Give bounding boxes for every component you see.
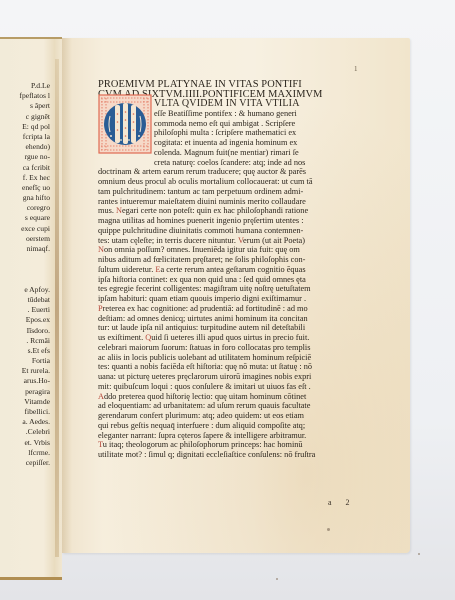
gutter-stain bbox=[55, 59, 59, 557]
left-page-line: . Rcmāi bbox=[0, 336, 50, 346]
rubricated-capital: T bbox=[98, 440, 103, 449]
right-page: 1 PROEMIVM PLATYNAE IN VITAS PONTIFI CVM… bbox=[62, 38, 410, 553]
left-page-line: cepiſſer. bbox=[0, 458, 50, 468]
text-line: Addo preterea quod hiſtorię lectio: quę … bbox=[98, 392, 393, 402]
text-line: us exiſtiment. Quid ſi ueteres illi apud… bbox=[98, 333, 393, 343]
rubricated-capital: P bbox=[98, 304, 103, 313]
left-page-line: Fortia bbox=[0, 356, 50, 366]
left-page-line bbox=[0, 264, 50, 274]
signature-mark: a 2 bbox=[328, 498, 356, 507]
left-page-line: ehendo) bbox=[0, 142, 50, 152]
left-page-line: enefīç uo bbox=[0, 183, 50, 193]
left-page: P.d.Lefpeflatos ls ãpertc gignētE: qd po… bbox=[0, 37, 62, 580]
foxing-spot bbox=[327, 528, 330, 531]
page-gutter-shadow bbox=[62, 38, 72, 553]
body-text: VLTA QVIDEM IN VITA VTILIAeſſe Beatiſſim… bbox=[98, 99, 393, 460]
text-line: cogitata: et inuenta ad ingenia hominum … bbox=[98, 138, 393, 148]
text-line: ac aliis in locis publicis uolebant ad u… bbox=[98, 353, 393, 363]
rubricated-capital: V bbox=[238, 236, 243, 245]
dust-speck bbox=[418, 553, 420, 555]
text-line: mus. Negari certe non poteſt: quin ex ha… bbox=[98, 206, 393, 216]
text-line: magna utilitas ad homines puenerit ingen… bbox=[98, 216, 393, 226]
left-page-line: e Apfoy. bbox=[0, 285, 50, 295]
left-page-line: a. Aedes. bbox=[0, 417, 50, 427]
left-page-line: peragira bbox=[0, 387, 50, 397]
text-line: omnium deus procul ab oculis mortalium c… bbox=[98, 177, 393, 187]
left-page-line: et. Vrbis bbox=[0, 438, 50, 448]
text-line: ad eloquentiam: ad urbanitatem: ad uſum … bbox=[98, 401, 393, 411]
text-line: commoda nemo eſt qui ambigat . Scripſere bbox=[98, 119, 393, 129]
text-line: utilitate mot? : ſimul q; dignitati eccl… bbox=[98, 450, 393, 460]
left-page-text: P.d.Lefpeflatos ls ãpertc gignētE: qd po… bbox=[0, 81, 50, 468]
rubricated-capital: E bbox=[155, 265, 160, 274]
left-page-line: fibellici. bbox=[0, 407, 50, 417]
left-page-line: arus.Ho- bbox=[0, 376, 50, 386]
text-line: ipſam habituri: quam etiam quouis imperi… bbox=[98, 294, 393, 304]
text-line: deſtiam: ad omnes denicq; uirtutes animi… bbox=[98, 314, 393, 324]
text-line: uana: ut picturę ueteres pręclarorum uir… bbox=[98, 372, 393, 382]
rubricated-capital: N bbox=[116, 206, 122, 215]
left-page-line: Vitamde bbox=[0, 397, 50, 407]
left-page-line: Et rurela. bbox=[0, 366, 50, 376]
left-page-line: exce cupi bbox=[0, 224, 50, 234]
text-line: VLTA QVIDEM IN VITA VTILIA bbox=[98, 99, 393, 109]
left-page-line: s ãpert bbox=[0, 101, 50, 111]
text-line: tes: utam cęleſte; in terris ducere nitu… bbox=[98, 236, 393, 246]
text-line: mit: quibuſcum loqui : quos conſulere & … bbox=[98, 382, 393, 392]
text-line: Tu itaq; theologorum ac philoſophorum pr… bbox=[98, 440, 393, 450]
text-line: rantes intueremur maieſtatem diuini numi… bbox=[98, 197, 393, 207]
left-page-line: rgue no- bbox=[0, 152, 50, 162]
left-page-line: tūdebat bbox=[0, 295, 50, 305]
left-page-line: oerstem bbox=[0, 234, 50, 244]
folio-mark: 1 bbox=[354, 65, 358, 73]
text-line: tur: ut laude ipſa nil antiquius: turpit… bbox=[98, 323, 393, 333]
text-line: qui rebus geſtis nequaq̄ interfuere : du… bbox=[98, 421, 393, 431]
text-line: quippe pulchritudine diuinitatis commoti… bbox=[98, 226, 393, 236]
left-page-line: lfcrme. bbox=[0, 448, 50, 458]
left-page-line bbox=[0, 254, 50, 264]
left-page-line: E: qd pol bbox=[0, 122, 50, 132]
left-page-line: fcripta la bbox=[0, 132, 50, 142]
left-page-line: s.Et efs bbox=[0, 346, 50, 356]
text-line: gerendarum confert plurimum: atq; adeo q… bbox=[98, 411, 393, 421]
left-page-line: . Euerti bbox=[0, 305, 50, 315]
left-page-line: s equare bbox=[0, 213, 50, 223]
rubricated-capital: Q bbox=[145, 333, 151, 342]
text-line: eſſe Beatiſſime pontifex : & humano gene… bbox=[98, 109, 393, 119]
left-page-line: f. Ex hec bbox=[0, 173, 50, 183]
left-page-line: gna hifto bbox=[0, 193, 50, 203]
text-line: celebrari maiorum ſuorum: ſtatuas in for… bbox=[98, 343, 393, 353]
left-page-line: Epos.ex bbox=[0, 315, 50, 325]
text-line: eleganter narrant: ſupra cęteros ſapere … bbox=[98, 431, 393, 441]
left-page-line: .Celebri bbox=[0, 427, 50, 437]
left-page-line: P.d.Le bbox=[0, 81, 50, 91]
text-line: tes: quanti a nobis faciēda eſt hiſtoria… bbox=[98, 362, 393, 372]
left-page-line: coregro bbox=[0, 203, 50, 213]
text-line: Preterea ex hac cognitione: ad prudentiā… bbox=[98, 304, 393, 314]
text-line: tes egregie fecerint colligentes: magiſt… bbox=[98, 284, 393, 294]
left-page-line: nimaqf. bbox=[0, 244, 50, 254]
left-page-line: Iīsdoro. bbox=[0, 326, 50, 336]
text-line: ſultum uideretur. Ea certe rerum antea g… bbox=[98, 265, 393, 275]
text-line: creta naturę: coelos ſcandere: atq; inde… bbox=[98, 158, 393, 168]
text-line: tam pulchritudinem: tantum ac tam perpet… bbox=[98, 187, 393, 197]
book-photograph: P.d.Lefpeflatos ls ãpertc gignētE: qd po… bbox=[0, 0, 455, 600]
left-page-line: ca fcribit bbox=[0, 163, 50, 173]
text-line: doctrinam & artem earum rerum traducere;… bbox=[98, 167, 393, 177]
dust-speck bbox=[276, 578, 278, 580]
left-page-line: c gignēt bbox=[0, 112, 50, 122]
rubricated-capital: A bbox=[98, 392, 104, 401]
text-line: nibus aditum ad fœlicitatem pręſtaret; n… bbox=[98, 255, 393, 265]
left-page-line: fpeflatos l bbox=[0, 91, 50, 101]
left-page-line bbox=[0, 275, 50, 285]
rubricated-capital: N bbox=[98, 245, 104, 254]
text-line: Non omnia poſſum? omnes. Inueniēda igitu… bbox=[98, 245, 393, 255]
text-line: colenda. Magnum fuit(ne mentiar) rimari … bbox=[98, 148, 393, 158]
text-line: philoſophi multa : ſcripſere mathematici… bbox=[98, 128, 393, 138]
text-line: ipſa hiſtoria continet: ex qua non quid … bbox=[98, 275, 393, 285]
